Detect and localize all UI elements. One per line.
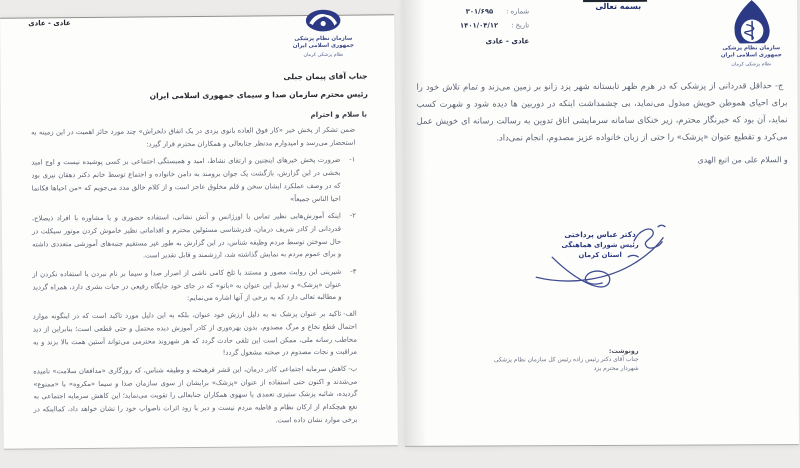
medical-council-droplet-emblem-icon (729, 0, 774, 43)
intro-paragraph: ضمن تشکر از پخش خبر «کار فوق العاده بانو… (31, 124, 355, 152)
letter-date-row: تاریخ : ۱۴۰۱/۰۴/۱۲ (460, 19, 529, 33)
classification-label: عادی - عادی (460, 36, 529, 45)
salutation-line: با سلام و احترام (311, 111, 368, 119)
sub-item-text: تاکید بر عنوان پزشک نه به دلیل ارزش خود … (33, 310, 357, 357)
sub-item-label: ب- (348, 365, 357, 373)
item-text: شیرینی این روایت مصور و مستند با تلخ کام… (32, 266, 341, 307)
signatory-title: رئیس شورای هماهنگی (544, 240, 656, 250)
letterhead-left: سازمان نظام پزشکی جمهوری اسلامی ایران نظ… (288, 9, 358, 59)
number-value: ۳۰۱/۶۹۵ (466, 5, 493, 19)
item-text: اینکه آموزش‌هایی نظیر تماس با اورژانس و … (32, 210, 341, 264)
org-branch-label: نظام پزشکی کرمان (713, 62, 789, 67)
item-number: ۱- (344, 154, 355, 205)
medical-council-emblem-icon (304, 9, 342, 34)
bismillah-heading: بسمه تعالی (595, 2, 641, 11)
sub-item-be: ب-کاهش سرمایه اجتماعی کادر درمان، این قش… (33, 363, 358, 429)
classification-label: عادی - عادی (28, 19, 71, 27)
sub-item-label: الف- (343, 310, 357, 318)
numbered-item-3: ۳- شیرینی این روایت مصور و مستند با تلخ … (32, 266, 356, 307)
letter-meta-block: شماره : ۳۰۱/۶۹۵ تاریخ : ۱۴۰۱/۰۴/۱۲ عادی … (460, 5, 529, 45)
sub-item-text: کاهش سرمایه اجتماعی کادر درمان، این قشر … (33, 365, 358, 424)
letter-body-text: ضمن تشکر از پخش خبر «کار فوق العاده بانو… (31, 124, 369, 429)
scan-edge-shadow (403, 0, 427, 446)
signatory-name: دکتر عباس پرداختی (544, 229, 656, 240)
letter-page-right: بسمه تعالی شماره : ۳۰۱/۶۹۵ تاریخ : ۱۴۰۱/… (403, 0, 799, 447)
recipient-name: جناب آقای پیمان جبلی (149, 68, 367, 87)
numbered-item-2: ۲- اینکه آموزش‌هایی نظیر تماس با اورژانس… (32, 210, 356, 264)
date-label: تاریخ : (511, 19, 529, 33)
letter-page-left: عادی - عادی سازمان نظام پزشکی جمهوری اسل… (0, 14, 398, 449)
org-branch-label: نظام پزشکی کرمان (288, 53, 358, 59)
scanned-letters-canvas: عادی - عادی سازمان نظام پزشکی جمهوری اسل… (0, 0, 800, 468)
org-name-calligraphy: سازمان نظام پزشکی جمهوری اسلامی ایران (713, 45, 789, 59)
org-name-calligraphy: سازمان نظام پزشکی جمهوری اسلامی ایران (288, 36, 358, 51)
sub-item-alef: الف-تاکید بر عنوان پزشک نه به دلیل ارزش … (33, 308, 357, 362)
closing-line: و السلام علی من اتبع الهدی (698, 155, 788, 164)
signatory-region: استان کرمان (544, 250, 656, 260)
conclusion-paragraph: ج- حداقل قدردانی از پزشکی که در هرم ظهر … (416, 77, 787, 147)
item-number: ۲- (345, 210, 356, 261)
letter-number-row: شماره : ۳۰۱/۶۹۵ (460, 5, 529, 19)
item-number: ۳- (345, 266, 356, 304)
numbered-item-1: ۱- ضرورت پخش خبرهای اینچنین و ارتقای نشا… (31, 154, 355, 208)
signatory-block: دکتر عباس پرداختی رئیس شورای هماهنگی است… (544, 229, 656, 260)
recipient-title: رئیس محترم سازمان صدا و سیمای جمهوری اسل… (150, 85, 368, 104)
recipient-block: جناب آقای پیمان جبلی رئیس محترم سازمان ص… (149, 68, 367, 105)
number-label: شماره : (506, 5, 529, 19)
cc-line: شهردار محترم یزد (494, 365, 639, 375)
item-text: ضرورت پخش خبرهای اینچنین و ارتقای نشاط، … (31, 154, 340, 208)
letterhead-right: سازمان نظام پزشکی جمهوری اسلامی ایران نظ… (713, 0, 789, 68)
date-value: ۱۴۰۱/۰۴/۱۲ (460, 19, 498, 33)
cc-block: رونوشت: جناب آقای دکتر رئیس زاده رئیس کل… (494, 347, 639, 375)
